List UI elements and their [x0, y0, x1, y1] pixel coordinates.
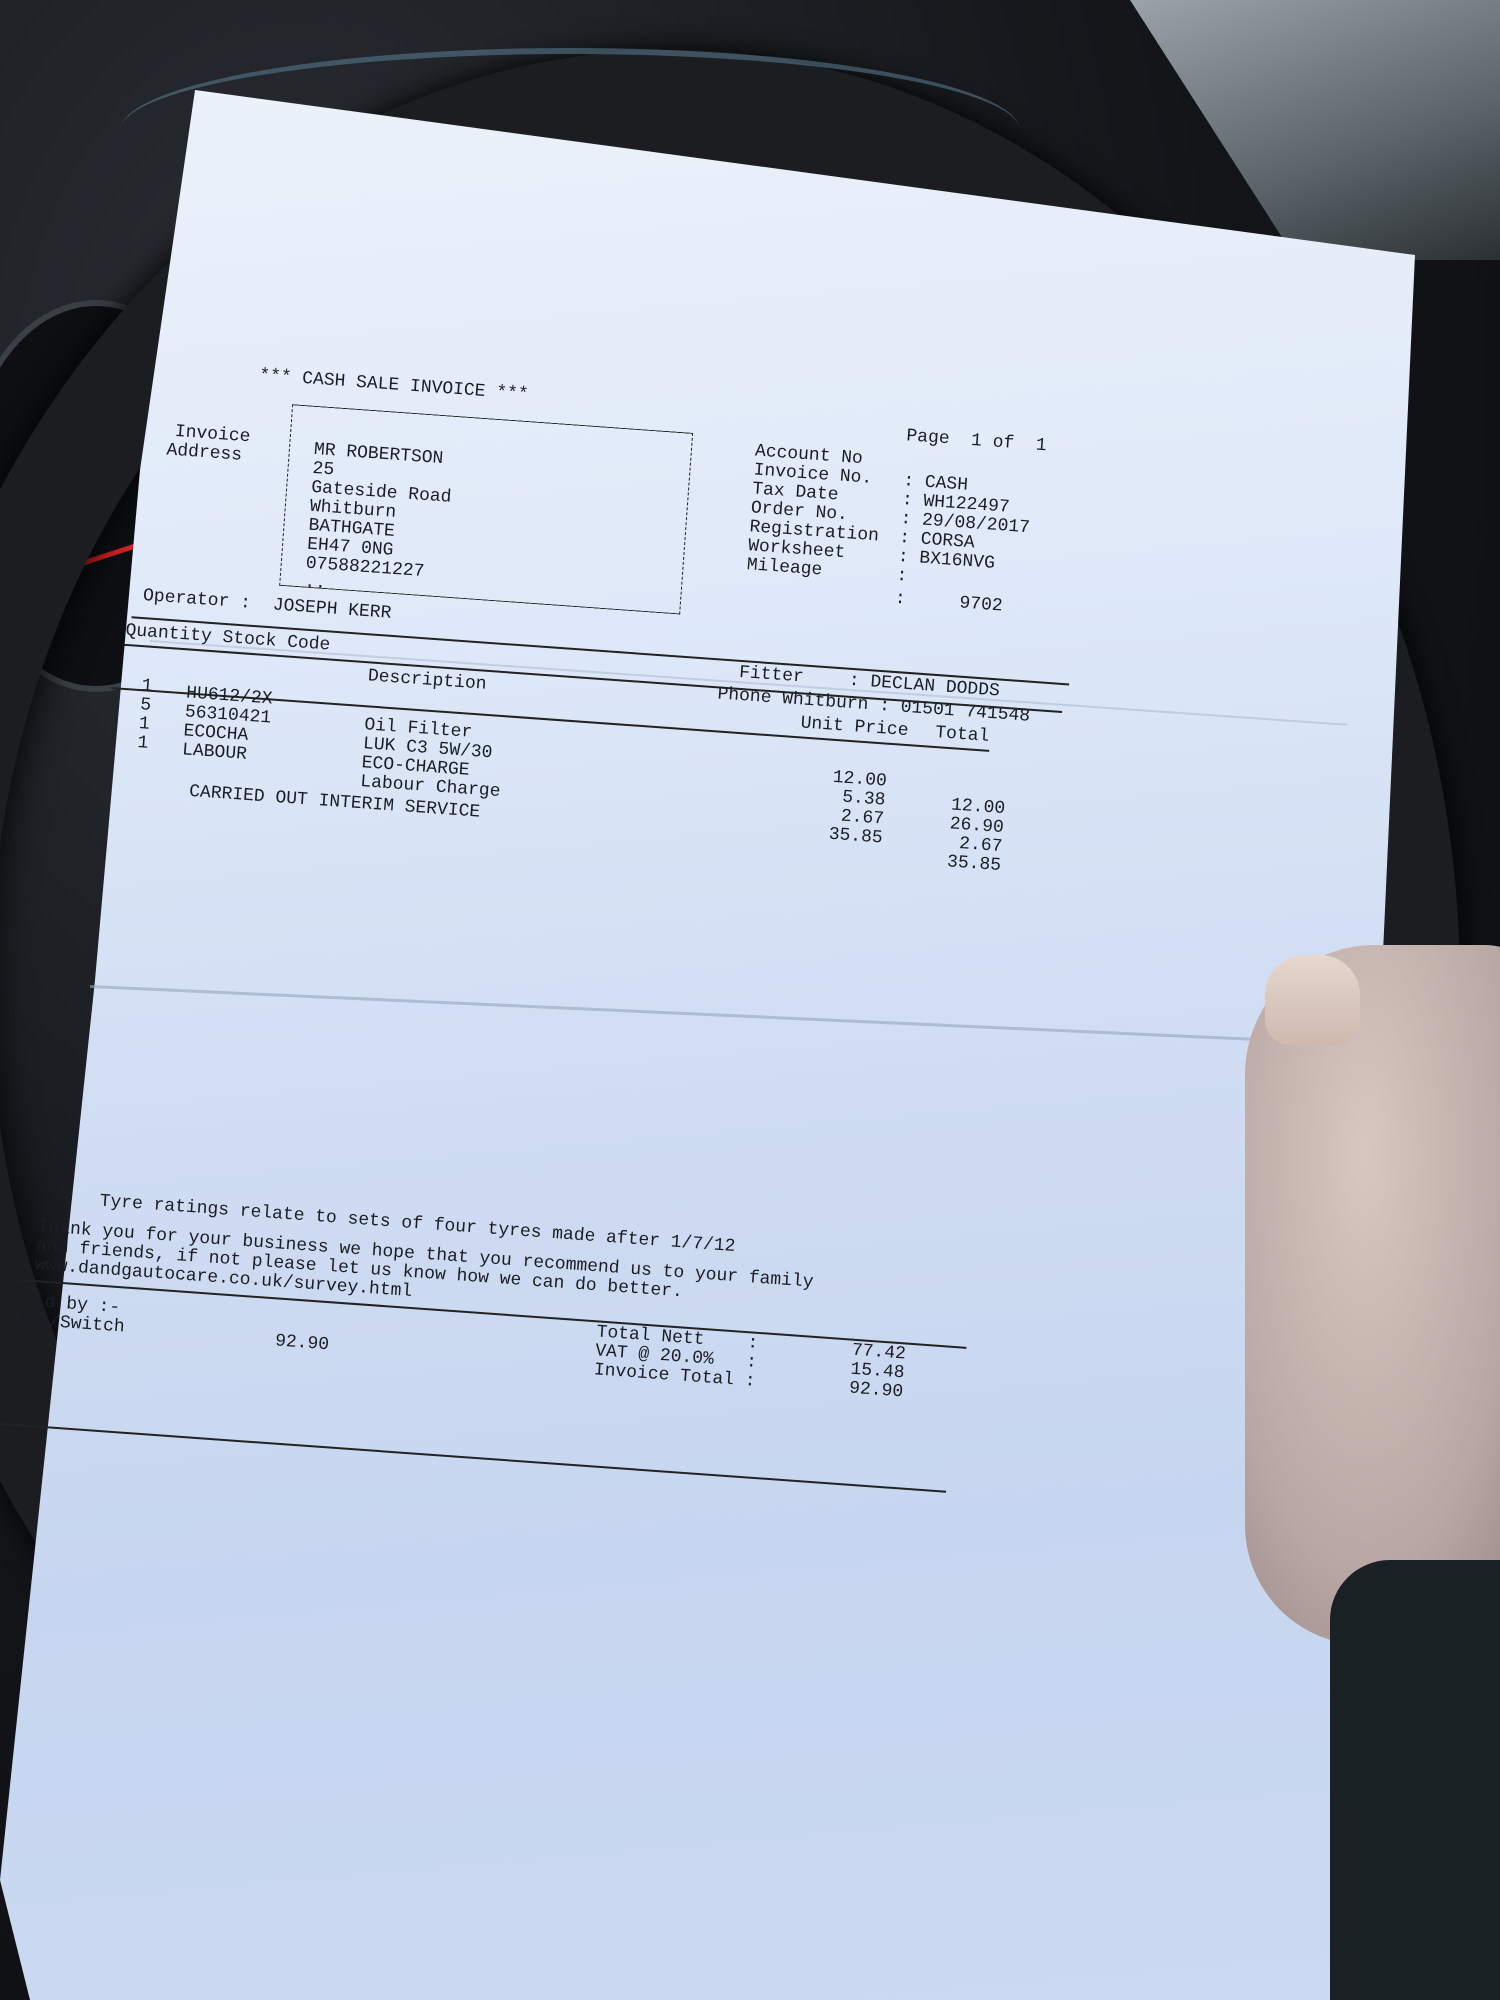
sleeve: [1330, 1560, 1500, 2000]
total-column: 12.00 26.90 2.67 35.85: [891, 736, 1010, 877]
stock-code-column: HU612/2X 56310421 ECOCHA LABOUR: [181, 684, 273, 766]
totals-values: 77.42 15.48 92.90: [793, 1338, 907, 1403]
unit-price-column: 12.00 5.38 2.67 35.85: [772, 727, 890, 849]
qty-column: 1 5 1 1: [137, 677, 172, 755]
worksheet: :: [896, 567, 908, 587]
description-column: Oil Filter LUK C3 5W/30 ECO-CHARGE Labou…: [360, 697, 507, 802]
address-block: MR ROBERTSON 25 Gateside Road Whitburn B…: [304, 441, 455, 603]
totals-labels: Total Nett : VAT @ 20.0% : Invoice Total…: [593, 1323, 759, 1391]
payment-amount: 92.90: [274, 1332, 329, 1355]
hand-thumb: [1245, 945, 1500, 1645]
invoice-details: Account No Invoice No.: CASH Tax Date: W…: [744, 442, 1034, 618]
car-window: [1130, 0, 1500, 260]
thumb-nail: [1265, 955, 1360, 1045]
